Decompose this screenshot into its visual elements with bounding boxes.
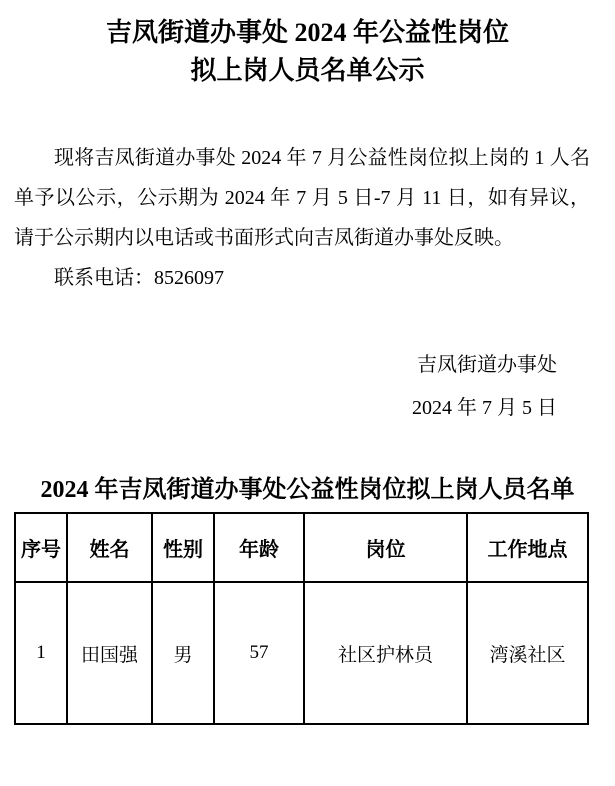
col-header-position: 岗位 [304, 513, 467, 582]
contact-phone-line: 联系电话：8526097 [14, 258, 590, 298]
cell-index: 1 [15, 582, 67, 724]
col-header-age: 年龄 [214, 513, 304, 582]
col-header-name: 姓名 [67, 513, 152, 582]
col-header-index: 序号 [15, 513, 67, 582]
document-title-line1: 吉凤街道办事处 2024 年公益性岗位 [0, 14, 615, 52]
table-header-row: 序号 姓名 性别 年龄 岗位 工作地点 [15, 513, 588, 582]
col-header-worksite: 工作地点 [467, 513, 588, 582]
notice-document: 吉凤街道办事处 2024 年公益性岗位 拟上岗人员名单公示 现将吉凤街道办事处 … [0, 0, 615, 786]
document-title-line2: 拟上岗人员名单公示 [0, 52, 615, 90]
document-title: 吉凤街道办事处 2024 年公益性岗位 拟上岗人员名单公示 [0, 0, 615, 90]
cell-name: 田国强 [67, 582, 152, 724]
roster-table-title: 2024 年吉凤街道办事处公益性岗位拟上岗人员名单 [0, 475, 615, 505]
cell-age: 57 [214, 582, 304, 724]
signature-block: 吉凤街道办事处 2024 年 7 月 5 日 [0, 344, 615, 430]
table-row: 1 田国强 男 57 社区护林员 湾溪社区 [15, 582, 588, 724]
cell-position: 社区护林员 [304, 582, 467, 724]
signature-date: 2024 年 7 月 5 日 [0, 387, 557, 430]
roster-table: 序号 姓名 性别 年龄 岗位 工作地点 1 田国强 男 57 社区护林员 湾溪社… [14, 512, 589, 725]
cell-worksite: 湾溪社区 [467, 582, 588, 724]
cell-gender: 男 [152, 582, 214, 724]
col-header-gender: 性别 [152, 513, 214, 582]
notice-body-paragraph: 现将吉凤街道办事处 2024 年 7 月公益性岗位拟上岗的 1 人名单予以公示，… [14, 138, 590, 258]
signature-org: 吉凤街道办事处 [0, 344, 557, 387]
